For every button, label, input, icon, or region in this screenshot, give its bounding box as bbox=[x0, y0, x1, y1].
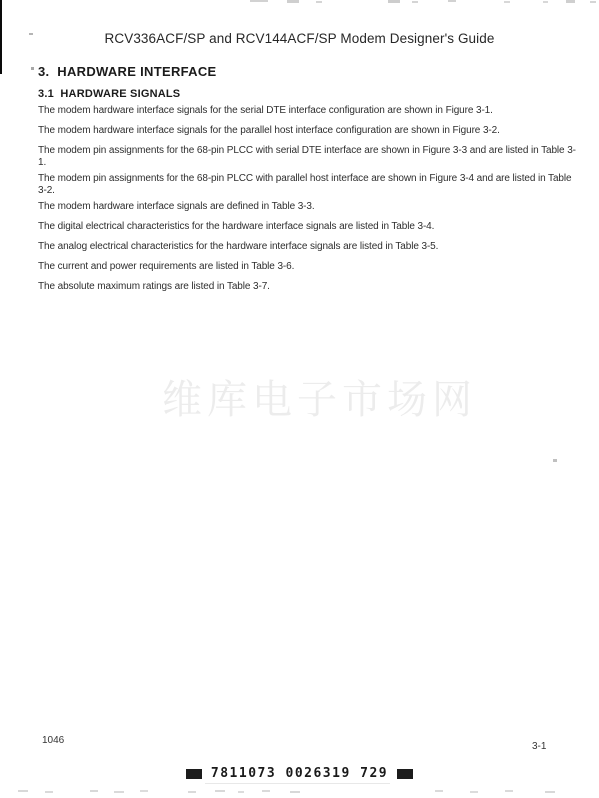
barcode-line: 7811073 0026319 729 bbox=[0, 766, 599, 781]
scan-speck bbox=[543, 1, 548, 3]
scan-speck bbox=[553, 459, 557, 462]
body-paragraph: The digital electrical characteristics f… bbox=[38, 221, 579, 233]
scan-speck bbox=[90, 790, 98, 792]
body-paragraph: The absolute maximum ratings are listed … bbox=[38, 281, 579, 293]
footer-page-number: 3-1 bbox=[532, 741, 546, 752]
scan-speck bbox=[316, 1, 322, 3]
scan-speck bbox=[388, 0, 400, 3]
scan-speck bbox=[504, 1, 510, 3]
scan-speck bbox=[545, 791, 555, 793]
scan-speck bbox=[238, 791, 244, 793]
footer-document-number: 1046 bbox=[42, 735, 64, 746]
running-header-title: RCV336ACF/SP and RCV144ACF/SP Modem Desi… bbox=[0, 31, 599, 46]
scan-speck bbox=[205, 783, 390, 784]
scan-speck bbox=[287, 0, 299, 3]
scan-speck bbox=[31, 67, 34, 70]
scan-speck bbox=[29, 33, 33, 35]
scan-speck bbox=[290, 791, 300, 793]
body-paragraph: The current and power requirements are l… bbox=[38, 261, 579, 273]
scan-speck bbox=[470, 791, 478, 793]
body-paragraph: The modem hardware interface signals for… bbox=[38, 105, 579, 117]
body-paragraph: The modem hardware interface signals are… bbox=[38, 201, 579, 213]
subsection-heading: 3.1 HARDWARE SIGNALS bbox=[38, 88, 579, 101]
scan-speck bbox=[18, 790, 28, 792]
watermark: 维库电子市场网 bbox=[162, 368, 477, 425]
barcode-start-square bbox=[186, 769, 202, 779]
scan-speck bbox=[215, 790, 225, 792]
body-paragraph: The modem pin assignments for the 68-pin… bbox=[38, 145, 579, 169]
scan-speck bbox=[412, 1, 418, 3]
page-body: 3. HARDWARE INTERFACE 3.1 HARDWARE SIGNA… bbox=[38, 64, 579, 301]
scan-speck bbox=[140, 790, 148, 792]
scan-speck bbox=[435, 790, 443, 792]
body-paragraph: The modem hardware interface signals for… bbox=[38, 125, 579, 137]
scan-speck bbox=[250, 0, 268, 2]
scan-speck bbox=[262, 790, 270, 792]
scan-speck bbox=[590, 1, 596, 3]
scan-speck bbox=[188, 791, 196, 793]
scan-speck bbox=[505, 790, 513, 792]
scan-speck bbox=[45, 791, 53, 793]
body-paragraph: The analog electrical characteristics fo… bbox=[38, 241, 579, 253]
body-paragraph: The modem pin assignments for the 68-pin… bbox=[38, 173, 579, 197]
scan-speck bbox=[566, 0, 575, 3]
barcode-end-square bbox=[397, 769, 413, 779]
scan-speck bbox=[448, 0, 456, 2]
section-heading: 3. HARDWARE INTERFACE bbox=[38, 64, 579, 79]
document-page: RCV336ACF/SP and RCV144ACF/SP Modem Desi… bbox=[0, 0, 599, 798]
scan-speck bbox=[114, 791, 124, 793]
barcode-digits: 7811073 0026319 729 bbox=[211, 766, 388, 781]
